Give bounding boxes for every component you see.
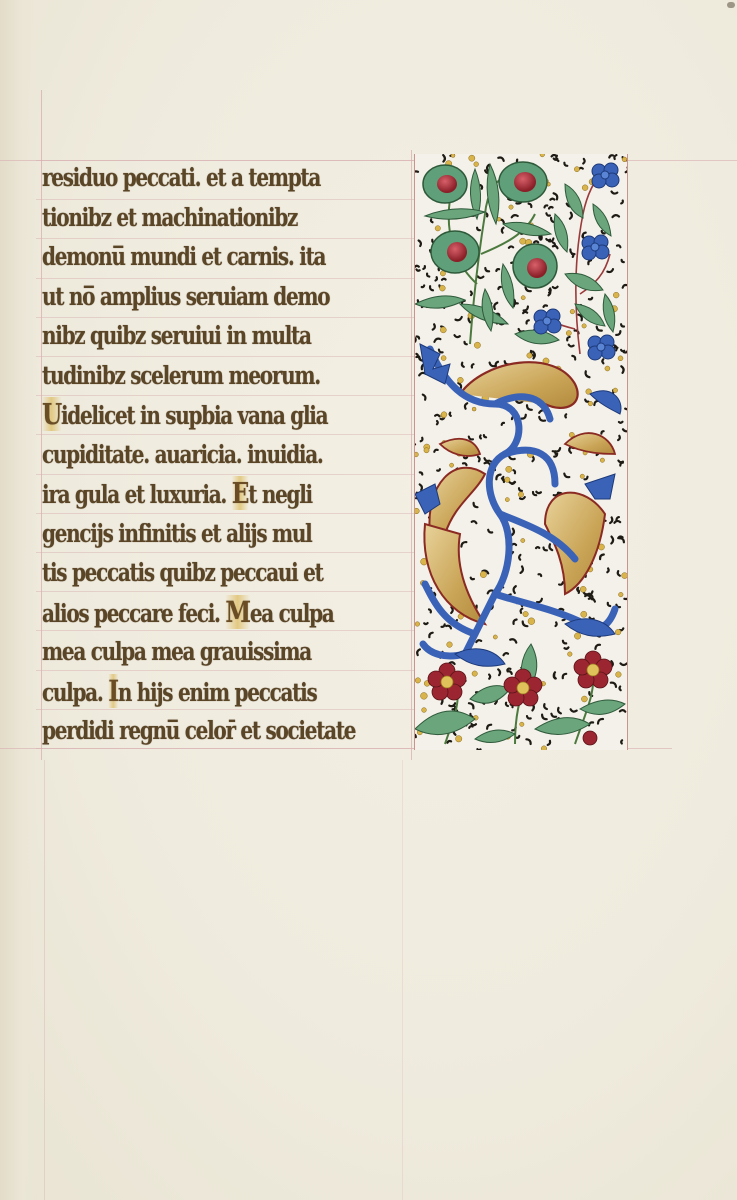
text-line-10: gencijs infinitis et alijs mul xyxy=(42,514,340,554)
text-line-14: culpa. In hijs enim peccatis xyxy=(42,672,340,712)
text-line-11: tis peccatis quibz peccaui et xyxy=(42,553,340,593)
corner-mark xyxy=(727,2,735,8)
border-decoration-art xyxy=(415,154,627,750)
ruling-lower-faint xyxy=(402,760,403,1200)
text-block: residuo peccati. et a tempta tionibz et … xyxy=(42,158,414,751)
text-line-5: nibz quibz seruiui in multa xyxy=(42,316,340,356)
text-line-2: tionibz et machinationibz xyxy=(42,198,340,238)
text-line-6: tudinibz scelerum meorum. xyxy=(42,356,340,396)
text-line-13: mea culpa mea grauissima xyxy=(42,632,340,672)
decorated-initial: E xyxy=(232,476,248,510)
decorated-initial: M xyxy=(225,595,249,629)
text-line-1: residuo peccati. et a tempta xyxy=(42,158,340,198)
decorated-initial: U xyxy=(42,397,61,431)
text-line-7: Uidelicet in supbia vana glia xyxy=(42,395,340,435)
text-line-12: alios peccare feci. Mea culpa xyxy=(42,593,340,633)
decorated-initial: I xyxy=(108,674,118,708)
ruling-left-margin-lower xyxy=(44,760,45,1200)
text-line-4: ut no̅ amplius seruiam demo xyxy=(42,277,340,317)
text-line-3: demonu̅ mundi et carnis. ita xyxy=(42,237,340,277)
text-line-9: ira gula et luxuria. Et negli xyxy=(42,474,340,514)
gutter-shadow xyxy=(0,0,38,1200)
text-line-8: cupiditate. auaricia. inuidia. xyxy=(42,435,340,475)
text-line-15: perdidi regnu̅ celor̄ et societate xyxy=(42,711,340,751)
illuminated-border xyxy=(414,154,628,750)
manuscript-page: residuo peccati. et a tempta tionibz et … xyxy=(0,0,737,1200)
